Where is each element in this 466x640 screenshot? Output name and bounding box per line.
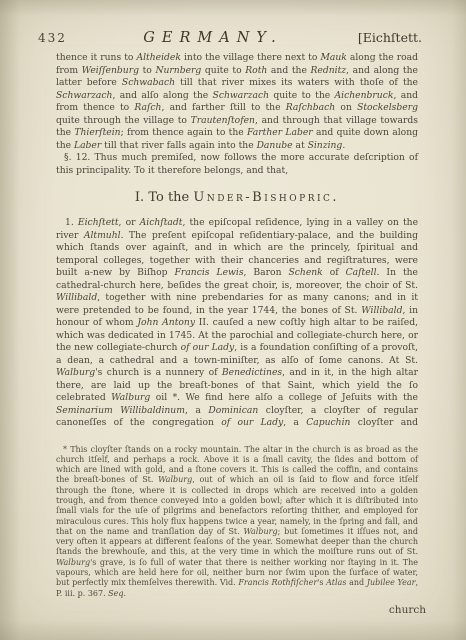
catchword: church: [56, 604, 426, 616]
book-page: 432 GERMANY. [Eichſtett. thence it runs …: [0, 0, 466, 640]
paragraph-continuation: thence it runs to Altheidek into the vil…: [56, 52, 418, 152]
section-heading: I. To the Under-Bishopric.: [56, 190, 418, 205]
section-heading-name: Under-Bishopric.: [193, 190, 339, 205]
page-number: 432: [38, 31, 90, 45]
running-title: GERMANY.: [90, 30, 336, 46]
section-heading-prefix: I. To the: [135, 190, 193, 205]
paragraph-section-12: §. 12. Thus much premiſed, now follows t…: [56, 152, 418, 177]
footnote: * This cloyſter ſtands on a rocky mounta…: [56, 445, 418, 599]
page-header: 432 GERMANY. [Eichſtett.: [38, 30, 422, 46]
paragraph-main: 1. Eichſtett, or Aichſtadt, the epiſcopa…: [56, 217, 418, 430]
header-section-label: [Eichſtett.: [336, 30, 422, 45]
text-column: thence it runs to Altheidek into the vil…: [56, 52, 418, 616]
